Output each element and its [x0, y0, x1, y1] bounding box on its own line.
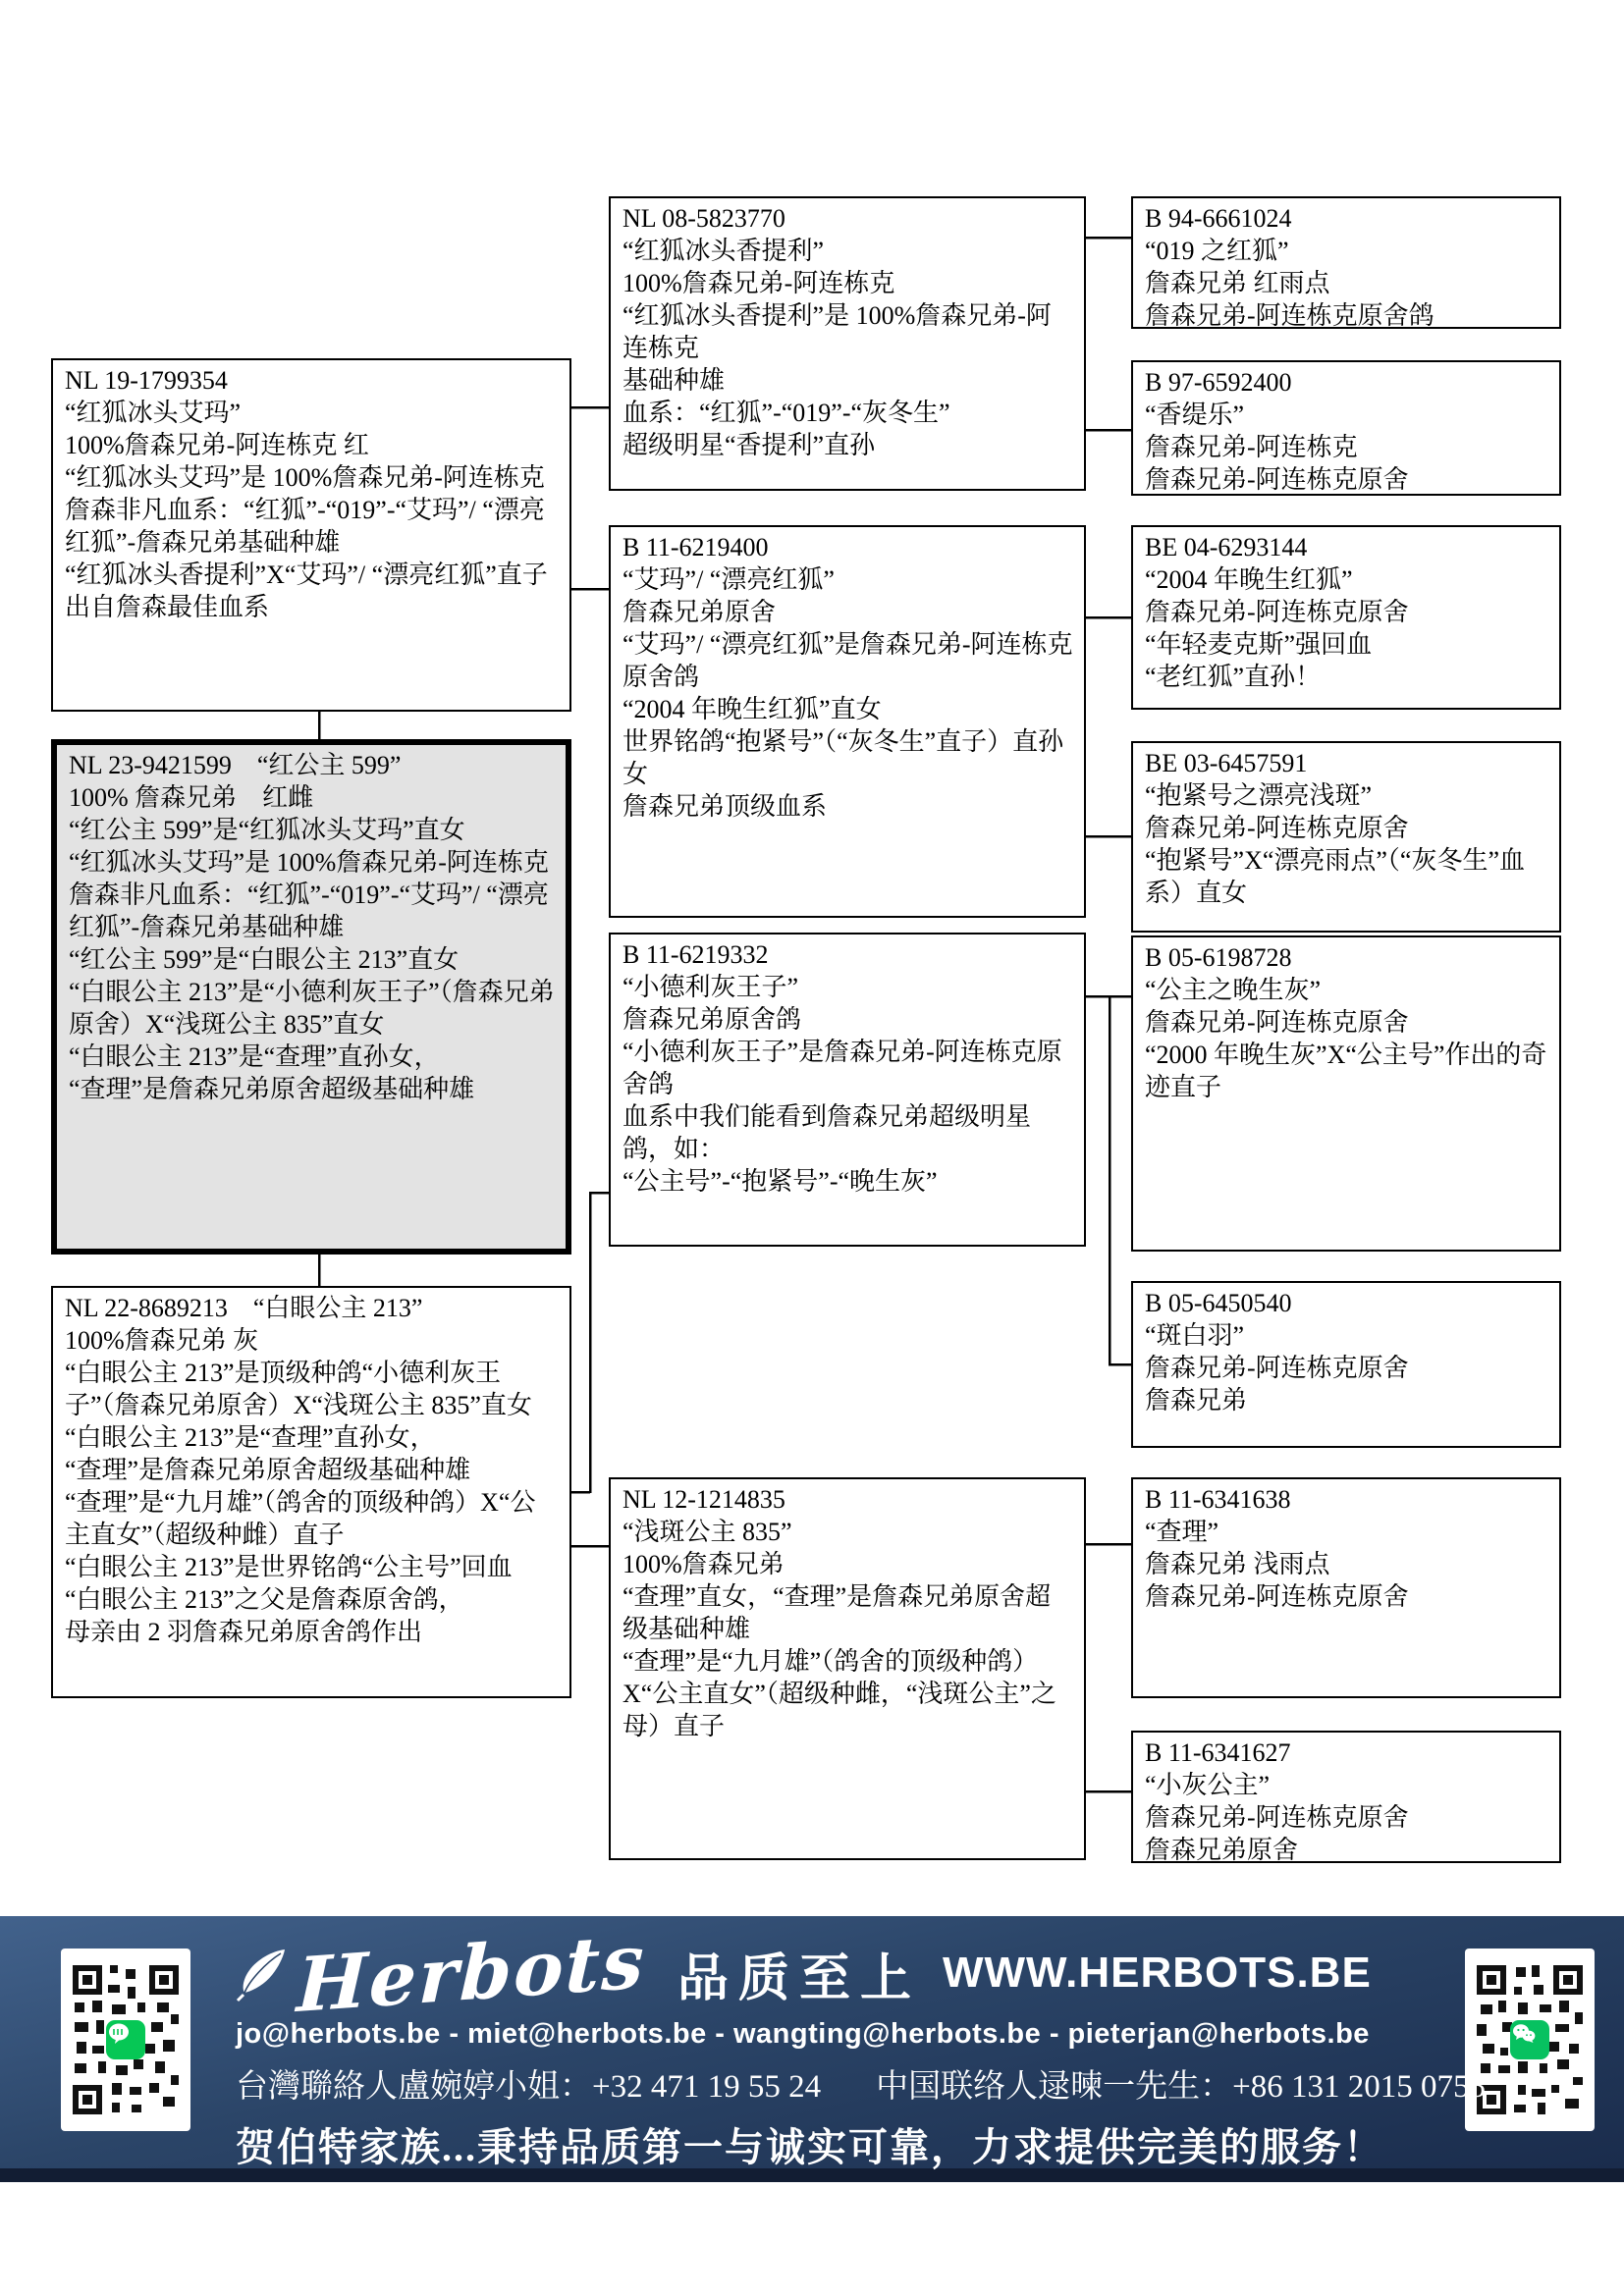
pedigree-text-line: 詹森非凡血系：“红狐”-“019”-“艾玛”/ “漂亮红狐”-詹森兄弟基础种雄: [65, 494, 560, 559]
line-app-icon: [106, 2020, 145, 2059]
pedigree-text-line: 世界铭鸽“抱紧号”（“灰冬生”直子）直孙女: [623, 725, 1074, 790]
pedigree-box-grandsire-2: B 11-6219332“小德利灰王子”詹森兄弟原舍鸽“小德利灰王子”是詹森兄弟…: [609, 933, 1086, 1247]
pedigree-text-line: “抱紧号”X“漂亮雨点”（“灰冬生”血系）直女: [1145, 844, 1549, 909]
pedigree-text-line: “浅斑公主 835”: [623, 1516, 1074, 1548]
pedigree-text-line: “查理”是詹森兄弟原舍超级基础种雄: [65, 1454, 560, 1486]
pedigree-text-line: “019 之红狐”: [1145, 235, 1549, 267]
pedigree-text-line: 詹森兄弟-阿连栋克原舍鸽: [1145, 299, 1549, 329]
brand-row: Herbots 品质至上 WWW.HERBOTS.BE: [236, 1930, 1434, 2016]
pedigree-text-line: B 05-6198728: [1145, 941, 1549, 974]
pedigree-box-ggp-8: B 11-6341627“小灰公主”詹森兄弟-阿连栋克原舍詹森兄弟原舍: [1131, 1731, 1561, 1863]
pedigree-text-line: B 11-6341638: [1145, 1483, 1549, 1516]
pedigree-text-line: “年轻麦克斯”强回血: [1145, 628, 1549, 661]
pedigree-text-line: “白眼公主 213”之父是詹森原舍鸽，: [65, 1583, 560, 1616]
pedigree-text-line: “艾玛”/ “漂亮红狐”: [623, 563, 1074, 596]
pedigree-text-line: 詹森兄弟-阿连栋克原舍: [1145, 1352, 1549, 1384]
pedigree-text-line: “查理”是“九月雄”（鸽舍的顶级种鸽）X“公主直女”（超级种雌）直子: [65, 1486, 560, 1551]
pedigree-text-line: “红狐冰头香提利”: [623, 235, 1074, 267]
pedigree-text-line: “查理”: [1145, 1516, 1549, 1548]
pedigree-text-line: 詹森兄弟顶级血系: [623, 790, 1074, 823]
pedigree-text-line: B 97-6592400: [1145, 366, 1549, 399]
pedigree-text-line: “红狐冰头艾玛”是 100%詹森兄弟-阿连栋克: [65, 461, 560, 494]
pedigree-text-line: 詹森兄弟-阿连栋克原舍: [1145, 1006, 1549, 1039]
pedigree-text-line: 詹森非凡血系：“红狐”-“019”-“艾玛”/ “漂亮红狐”-詹森兄弟基础种雄: [69, 879, 556, 943]
pedigree-text-line: B 11-6219400: [623, 531, 1074, 563]
pedigree-text-line: “小德利灰王子”: [623, 971, 1074, 1003]
pedigree-text-line: 超级明星“香提利”直孙: [623, 429, 1074, 461]
footer-banner: Herbots 品质至上 WWW.HERBOTS.BE jo@herbots.b…: [0, 1916, 1624, 2182]
pedigree-text-line: B 11-6341627: [1145, 1736, 1549, 1769]
herbots-logo: Herbots: [296, 1923, 661, 2023]
line-qr-code: [61, 1949, 190, 2131]
pedigree-text-line: “白眼公主 213”是“查理”直孙女，: [65, 1421, 560, 1454]
pedigree-text-line: BE 03-6457591: [1145, 747, 1549, 779]
pedigree-box-ggp-7: B 11-6341638“查理”詹森兄弟 浅雨点詹森兄弟-阿连栋克原舍: [1131, 1477, 1561, 1698]
pedigree-text-line: 詹森兄弟-阿连栋克原舍: [1145, 463, 1549, 496]
pedigree-text-line: “红公主 599”是“红狐冰头艾玛”直女: [69, 814, 556, 846]
pedigree-box-ggp-2: B 97-6592400“香缇乐”詹森兄弟-阿连栋克詹森兄弟-阿连栋克原舍: [1131, 360, 1561, 496]
subject-box: NL 23-9421599 “红公主 599”100% 詹森兄弟 红雌“红公主 …: [51, 739, 571, 1255]
pedigree-text-line: “白眼公主 213”是顶级种鸽“小德利灰王子”（詹森兄弟原舍）X“浅斑公主 83…: [65, 1357, 560, 1421]
pedigree-text-line: 出自詹森最佳血系: [65, 591, 560, 623]
pedigree-text-line: “老红狐”直孙！: [1145, 661, 1549, 693]
pedigree-text-line: 詹森兄弟-阿连栋克原舍: [1145, 1580, 1549, 1613]
pedigree-text-line: “抱紧号之漂亮浅斑”: [1145, 779, 1549, 812]
pedigree-text-line: “红狐冰头艾玛”是 100%詹森兄弟-阿连栋克: [69, 846, 556, 879]
contact-emails: jo@herbots.be - miet@herbots.be - wangti…: [236, 2018, 1434, 2051]
pedigree-box-granddam-1: B 11-6219400“艾玛”/ “漂亮红狐”詹森兄弟原舍“艾玛”/ “漂亮红…: [609, 525, 1086, 918]
pedigree-text-line: “公主号”-“抱紧号”-“晚生灰”: [623, 1165, 1074, 1198]
pedigree-text-line: “白眼公主 213”是世界铭鸽“公主号”回血: [65, 1551, 560, 1583]
pedigree-text-line: “白眼公主 213”是“查理”直孙女，: [69, 1041, 556, 1073]
pedigree-text-line: 100%詹森兄弟-阿连栋克 红: [65, 429, 560, 461]
pedigree-box-ggp-1: B 94-6661024“019 之红狐”詹森兄弟 红雨点詹森兄弟-阿连栋克原舍…: [1131, 196, 1561, 329]
pedigree-text-line: B 94-6661024: [1145, 202, 1549, 235]
brand-slogan: 品质至上: [677, 1937, 921, 2010]
pedigree-text-line: 基础种雄: [623, 364, 1074, 397]
pedigree-text-line: BE 04-6293144: [1145, 531, 1549, 563]
pedigree-text-line: NL 23-9421599 “红公主 599”: [69, 749, 556, 781]
pedigree-text-line: “公主之晚生灰”: [1145, 974, 1549, 1006]
pedigree-text-line: 詹森兄弟 浅雨点: [1145, 1548, 1549, 1580]
pedigree-text-line: “红狐冰头香提利”是 100%詹森兄弟-阿连栋克: [623, 299, 1074, 364]
footer-tagline: 贺伯特家族...秉持品质第一与诚实可靠，力求提供完美的服务！: [236, 2116, 1434, 2172]
pedigree-text-line: 詹森兄弟-阿连栋克原舍: [1145, 812, 1549, 844]
pedigree-box-ggp-6: B 05-6450540“斑白羽”詹森兄弟-阿连栋克原舍詹森兄弟: [1131, 1281, 1561, 1448]
contact-taiwan: 台灣聯絡人盧婉婷小姐：+32 471 19 55 24: [236, 2069, 821, 2105]
pedigree-text-line: 100%詹森兄弟: [623, 1548, 1074, 1580]
pedigree-text-line: NL 19-1799354: [65, 364, 560, 397]
pedigree-text-line: “查理”是“九月雄”（鸽舍的顶级种鸽）X“公主直女”（超级种雌，“浅斑公主”之母…: [623, 1645, 1074, 1742]
pedigree-text-line: 母亲由 2 羽詹森兄弟原舍鸽作出: [65, 1616, 560, 1648]
pedigree-text-line: “红狐冰头艾玛”: [65, 397, 560, 429]
pedigree-text-line: “2000 年晚生灰”X“公主号”作出的奇迹直子: [1145, 1039, 1549, 1103]
pedigree-text-line: “2004 年晚生红狐”直女: [623, 693, 1074, 725]
pedigree-box-granddam-2: NL 12-1214835“浅斑公主 835”100%詹森兄弟“查理”直女，“查…: [609, 1477, 1086, 1860]
pedigree-text-line: NL 22-8689213 “白眼公主 213”: [65, 1292, 560, 1324]
pedigree-text-line: 詹森兄弟-阿连栋克原舍: [1145, 596, 1549, 628]
pedigree-text-line: 血系中我们能看到詹森兄弟超级明星鸽，如：: [623, 1100, 1074, 1165]
pedigree-text-line: 100%詹森兄弟 灰: [65, 1324, 560, 1357]
contact-china: 中国联络人逯暕一先生：+86 131 2015 0755: [876, 2069, 1486, 2105]
pedigree-text-line: 詹森兄弟: [1145, 1384, 1549, 1416]
pedigree-text-line: “斑白羽”: [1145, 1319, 1549, 1352]
pedigree-text-line: 詹森兄弟原舍鸽: [623, 1003, 1074, 1036]
pedigree-box-ggp-4: BE 03-6457591“抱紧号之漂亮浅斑”詹森兄弟-阿连栋克原舍“抱紧号”X…: [1131, 741, 1561, 933]
pedigree-text-line: NL 08-5823770: [623, 202, 1074, 235]
pedigree-text-line: “小德利灰王子”是詹森兄弟-阿连栋克原舍鸽: [623, 1036, 1074, 1100]
pedigree-text-line: B 05-6450540: [1145, 1287, 1549, 1319]
pedigree-box-sire: NL 19-1799354“红狐冰头艾玛”100%詹森兄弟-阿连栋克 红“红狐冰…: [51, 358, 571, 712]
pedigree-text-line: “查理”是詹森兄弟原舍超级基础种雄: [69, 1073, 556, 1105]
contact-phones: 台灣聯絡人盧婉婷小姐：+32 471 19 55 24中国联络人逯暕一先生：+8…: [236, 2060, 1434, 2107]
pedigree-text-line: 100%詹森兄弟-阿连栋克: [623, 267, 1074, 299]
wechat-icon: [1510, 2020, 1549, 2059]
website-url: WWW.HERBOTS.BE: [943, 1949, 1372, 1998]
pedigree-text-line: 血系：“红狐”-“019”-“灰冬生”: [623, 397, 1074, 429]
pedigree-page: NL 19-1799354“红狐冰头艾玛”100%詹森兄弟-阿连栋克 红“红狐冰…: [0, 0, 1624, 2296]
pedigree-text-line: 100% 詹森兄弟 红雌: [69, 781, 556, 814]
pedigree-text-line: “红公主 599”是“白眼公主 213”直女: [69, 943, 556, 976]
pedigree-text-line: 詹森兄弟-阿连栋克: [1145, 431, 1549, 463]
pedigree-text-line: 詹森兄弟-阿连栋克原舍: [1145, 1801, 1549, 1834]
pedigree-text-line: 詹森兄弟原舍: [1145, 1834, 1549, 1863]
feather-icon: [236, 1944, 291, 2002]
pedigree-text-line: “小灰公主”: [1145, 1769, 1549, 1801]
pedigree-box-ggp-5: B 05-6198728“公主之晚生灰”詹森兄弟-阿连栋克原舍“2000 年晚生…: [1131, 935, 1561, 1252]
pedigree-text-line: NL 12-1214835: [623, 1483, 1074, 1516]
pedigree-text-line: 詹森兄弟原舍: [623, 596, 1074, 628]
pedigree-text-line: 詹森兄弟 红雨点: [1145, 267, 1549, 299]
pedigree-text-line: “2004 年晚生红狐”: [1145, 563, 1549, 596]
pedigree-text-line: “艾玛”/ “漂亮红狐”是詹森兄弟-阿连栋克原舍鸽: [623, 628, 1074, 693]
pedigree-box-grandsire-1: NL 08-5823770“红狐冰头香提利”100%詹森兄弟-阿连栋克“红狐冰头…: [609, 196, 1086, 491]
pedigree-box-dam: NL 22-8689213 “白眼公主 213”100%詹森兄弟 灰“白眼公主 …: [51, 1286, 571, 1698]
pedigree-text-line: B 11-6219332: [623, 938, 1074, 971]
pedigree-text-line: “红狐冰头香提利”X“艾玛”/ “漂亮红狐”直子: [65, 559, 560, 591]
pedigree-text-line: “香缇乐”: [1145, 399, 1549, 431]
pedigree-text-line: “白眼公主 213”是“小德利灰王子”（詹森兄弟原舍）X“浅斑公主 835”直女: [69, 976, 556, 1041]
pedigree-box-ggp-3: BE 04-6293144“2004 年晚生红狐”詹森兄弟-阿连栋克原舍“年轻麦…: [1131, 525, 1561, 710]
pedigree-text-line: “查理”直女，“查理”是詹森兄弟原舍超级基础种雄: [623, 1580, 1074, 1645]
